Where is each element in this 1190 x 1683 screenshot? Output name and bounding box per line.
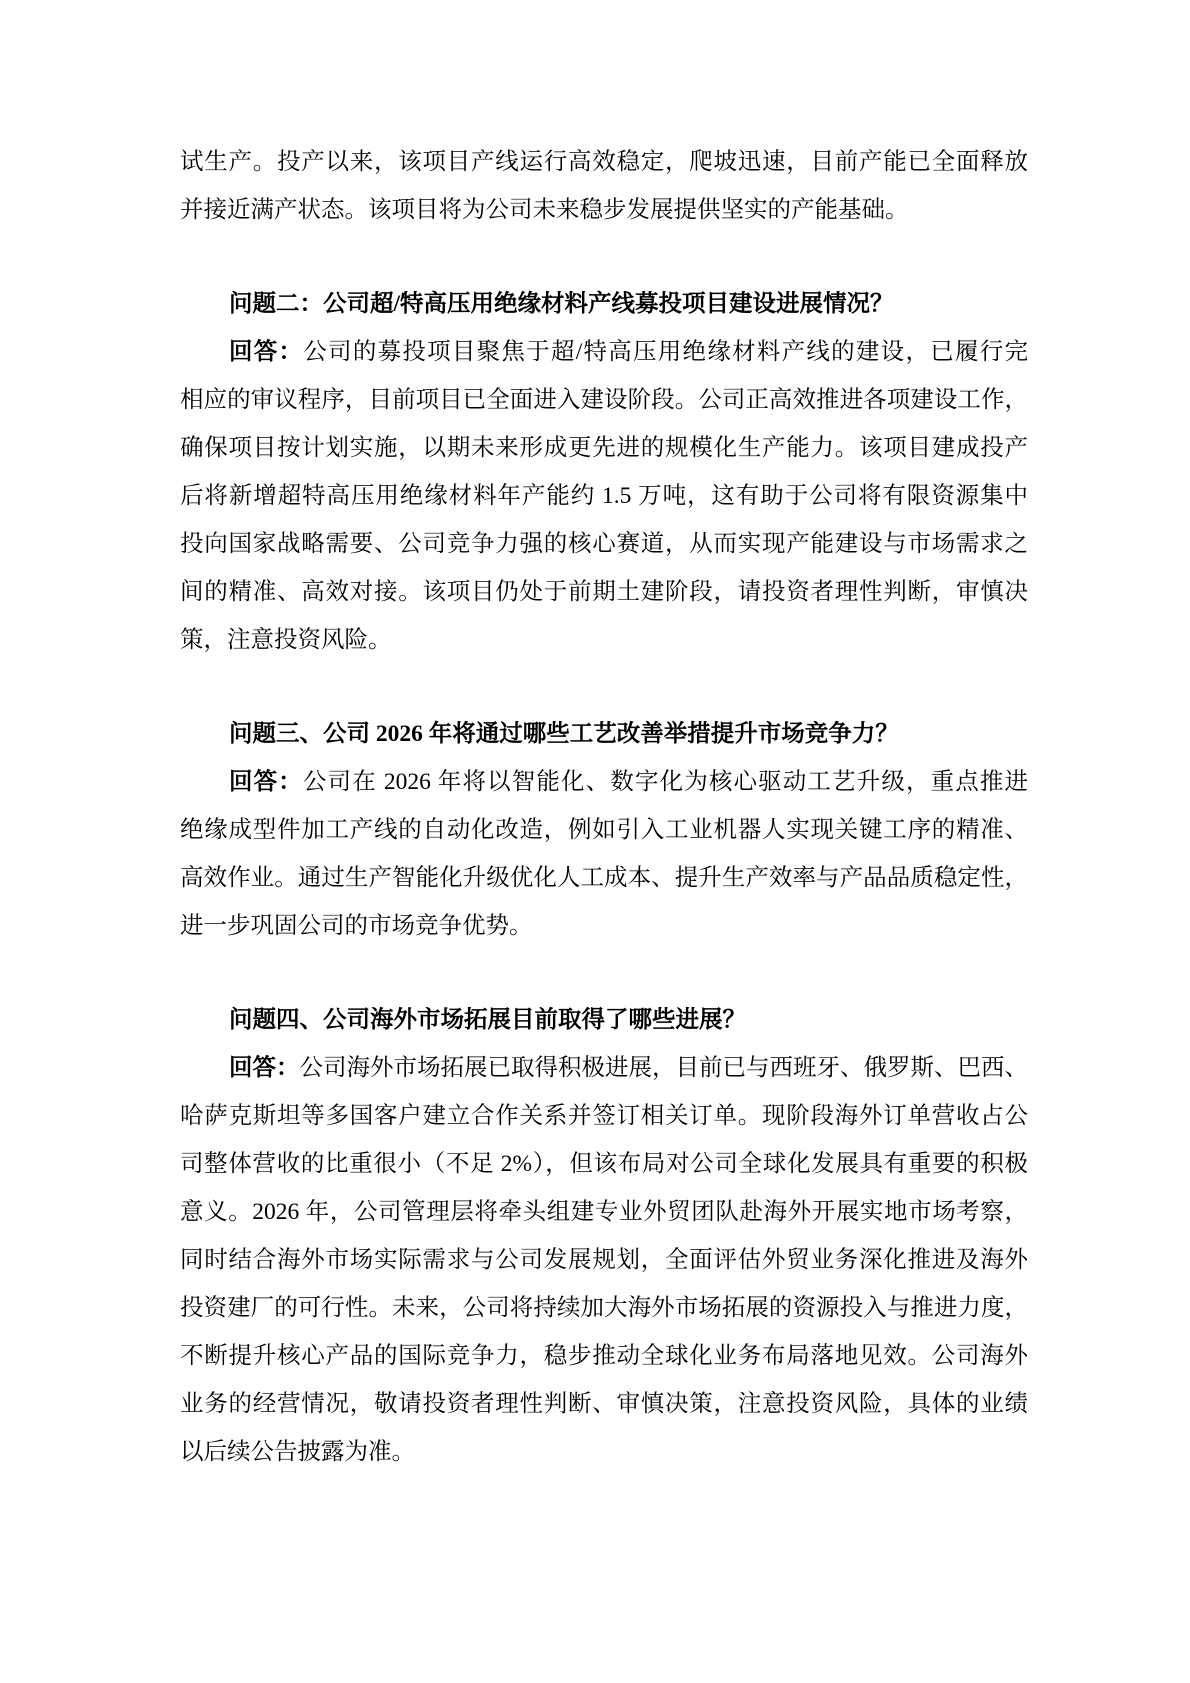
answer-first-line: 回答：公司的募投项目聚焦于超/特高压用绝缘材料产线的建设，已履行完 [180,328,1028,376]
qa-section-2: 问题二：公司超/特高压用绝缘材料产线募投项目建设进展情况？ 回答：公司的募投项目… [180,280,1028,664]
paragraph-line: 相应的审议程序，目前项目已全面进入建设阶段。公司正高效推进各项建设工作， [180,376,1028,424]
paragraph-line: 确保项目按计划实施，以期未来形成更先进的规模化生产能力。该项目建成投产 [180,424,1028,472]
answer-label: 回答： [229,339,303,365]
qa-section-4: 问题四、公司海外市场拓展目前取得了哪些进展？ 回答：公司海外市场拓展已取得积极进… [180,996,1028,1476]
answer-label: 回答： [229,769,303,795]
answer-label: 回答： [229,1055,300,1081]
paragraph-line: 不断提升核心产品的国际竞争力，稳步推动全球化业务布局落地见效。公司海外 [180,1332,1028,1380]
paragraph-line: 后将新增超特高压用绝缘材料年产能约 1.5 万吨，这有助于公司将有限资源集中 [180,472,1028,520]
continuation-paragraph: 试生产。投产以来，该项目产线运行高效稳定，爬坡迅速，目前产能已全面释放 并接近满… [180,138,1028,234]
paragraph-line: 试生产。投产以来，该项目产线运行高效稳定，爬坡迅速，目前产能已全面释放 [180,138,1028,186]
document-content: 试生产。投产以来，该项目产线运行高效稳定，爬坡迅速，目前产能已全面释放 并接近满… [180,138,1028,1476]
question-heading: 问题二：公司超/特高压用绝缘材料产线募投项目建设进展情况？ [180,280,1028,328]
question-heading: 问题四、公司海外市场拓展目前取得了哪些进展？ [180,996,1028,1044]
paragraph-line: 并接近满产状态。该项目将为公司未来稳步发展提供坚实的产能基础。 [180,186,1028,234]
qa-section-3: 问题三、公司 2026 年将通过哪些工艺改善举措提升市场竞争力？ 回答：公司在 … [180,710,1028,950]
question-heading: 问题三、公司 2026 年将通过哪些工艺改善举措提升市场竞争力？ [180,710,1028,758]
paragraph-line: 意义。2026 年，公司管理层将牵头组建专业外贸团队赴海外开展实地市场考察， [180,1188,1028,1236]
paragraph-line: 同时结合海外市场实际需求与公司发展规划，全面评估外贸业务深化推进及海外 [180,1236,1028,1284]
answer-text: 公司的募投项目聚焦于超/特高压用绝缘材料产线的建设，已履行完 [303,339,1028,365]
answer-text: 公司海外市场拓展已取得积极进展，目前已与西班牙、俄罗斯、巴西、 [300,1055,1029,1081]
paragraph-line: 投资建厂的可行性。未来，公司将持续加大海外市场拓展的资源投入与推进力度， [180,1284,1028,1332]
paragraph-line: 哈萨克斯坦等多国客户建立合作关系并签订相关订单。现阶段海外订单营收占公 [180,1092,1028,1140]
answer-first-line: 回答：公司海外市场拓展已取得积极进展，目前已与西班牙、俄罗斯、巴西、 [180,1044,1028,1092]
paragraph-line: 高效作业。通过生产智能化升级优化人工成本、提升生产效率与产品品质稳定性， [180,854,1028,902]
answer-text: 公司在 2026 年将以智能化、数字化为核心驱动工艺升级，重点推进 [303,769,1028,795]
paragraph-line: 间的精准、高效对接。该项目仍处于前期土建阶段，请投资者理性判断，审慎决 [180,568,1028,616]
paragraph-line: 绝缘成型件加工产线的自动化改造，例如引入工业机器人实现关键工序的精准、 [180,806,1028,854]
paragraph-line: 司整体营收的比重很小（不足 2%），但该布局对公司全球化发展具有重要的积极 [180,1140,1028,1188]
paragraph-line: 以后续公告披露为准。 [180,1428,1028,1476]
document-page: 试生产。投产以来，该项目产线运行高效稳定，爬坡迅速，目前产能已全面释放 并接近满… [0,0,1190,1683]
paragraph-line: 业务的经营情况，敬请投资者理性判断、审慎决策，注意投资风险，具体的业绩 [180,1380,1028,1428]
paragraph-line: 进一步巩固公司的市场竞争优势。 [180,902,1028,950]
paragraph-line: 投向国家战略需要、公司竞争力强的核心赛道，从而实现产能建设与市场需求之 [180,520,1028,568]
paragraph-line: 策，注意投资风险。 [180,616,1028,664]
answer-first-line: 回答：公司在 2026 年将以智能化、数字化为核心驱动工艺升级，重点推进 [180,758,1028,806]
